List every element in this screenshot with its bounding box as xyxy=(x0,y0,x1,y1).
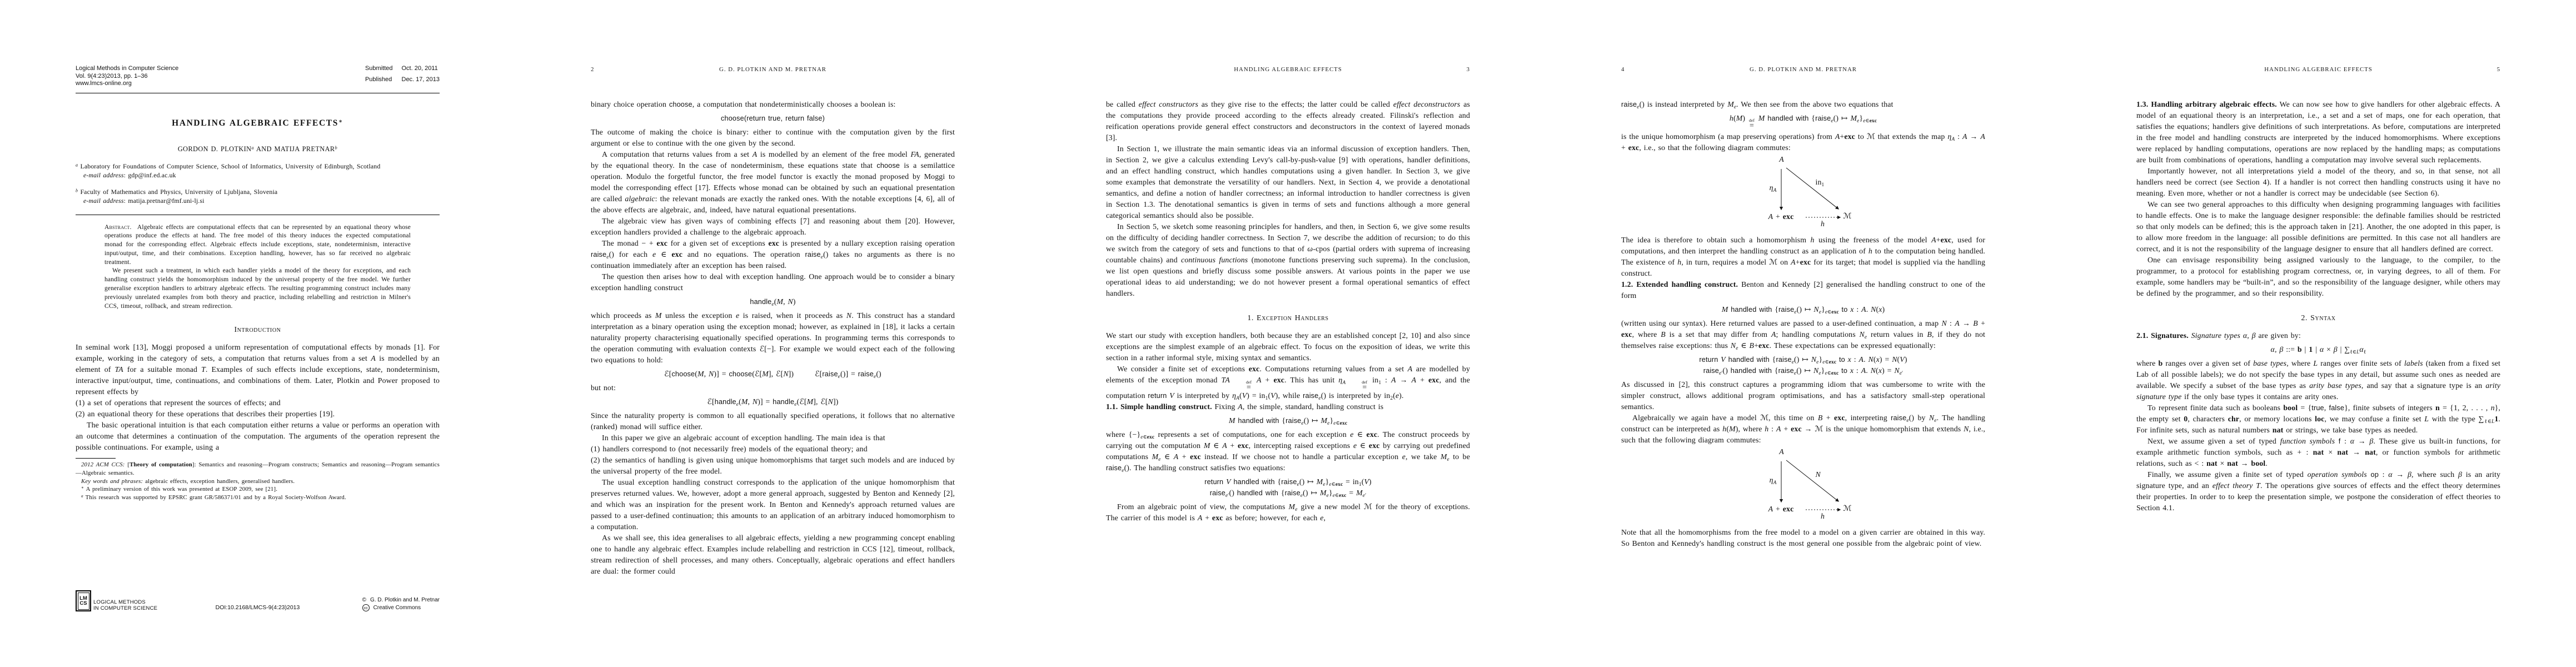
running-title: G. D. PLOTKIN AND M. PRETNAR xyxy=(591,66,955,73)
diagram-node-top: A xyxy=(1777,447,1787,456)
enumerated-list: (1) handlers correspond to (not necessar… xyxy=(591,444,955,477)
paragraph: 1.3. Handling arbitrary algebraic effect… xyxy=(2136,99,2500,166)
display-equation: ℰ[choose(M, N)] = choose(ℰ[M], ℰ[N])ℰ[ra… xyxy=(591,369,955,380)
section-heading: Introduction xyxy=(76,324,440,335)
paragraph: Note that all the homomorphisms from the… xyxy=(1621,527,1985,549)
paragraph: 2.1. Signatures. Signature types α, β ar… xyxy=(2136,330,2500,341)
paragraph: binary choice operation choose, a comput… xyxy=(591,99,955,110)
paragraph: be called effect constructors as they gi… xyxy=(1106,99,1470,143)
paragraph: (written using our syntax). Here returne… xyxy=(1621,318,1985,351)
paragraph: From an algebraic point of view, the com… xyxy=(1106,501,1470,524)
abstract-text: Algebraic effects are computational effe… xyxy=(104,224,411,266)
paragraph: Finally, we assume given a finite set of… xyxy=(2136,469,2500,514)
page-1: LMCSLOGICAL METHODSIN COMPUTER SCIENCEDO… xyxy=(0,0,515,667)
abstract-paragraph: We present such a treatment, in which ea… xyxy=(104,267,411,311)
copyright-line: ©G. D. Plotkin and M. Pretnar xyxy=(362,596,440,604)
paragraph: The question then arises how to deal wit… xyxy=(591,271,955,293)
list-item: (1) a set of operations that represent t… xyxy=(76,397,440,409)
display-equation: h(M) def= M handled with {raisee() ↦ Me}… xyxy=(1621,113,1985,128)
paragraph: We can see two general approaches to thi… xyxy=(2136,199,2500,255)
running-head: 4G. D. PLOTKIN AND M. PRETNAR xyxy=(1621,66,1985,75)
display-equation: return V handled with {raisee() ↦ Me}e∈e… xyxy=(1106,476,1470,499)
paper-title: HANDLING ALGEBRAIC EFFECTS∗ xyxy=(76,118,440,129)
running-title: HANDLING ALGEBRAIC EFFECTS xyxy=(2136,66,2500,73)
list-item: (1) handlers correspond to (not necessar… xyxy=(591,444,955,455)
equation-line: return V handled with {raisee() ↦ Ne}e∈e… xyxy=(1621,354,1985,365)
affiliation: a Laboratory for Foundations of Computer… xyxy=(76,162,440,180)
footnote: 2012 ACM CCS: [Theory of computation]: S… xyxy=(76,461,440,477)
display-equation: α, β ::= b | 1 | α × β | ∑ℓ∈Lαℓ xyxy=(2136,344,2500,355)
diagram-label-diagonal: in1 xyxy=(1816,178,1825,187)
paragraph: The outcome of making the choice is bina… xyxy=(591,127,955,149)
abstract-label: Abstract. xyxy=(104,224,132,231)
diagram-node-top: A xyxy=(1777,155,1787,164)
text-column: 1.3. Handling arbitrary algebraic effect… xyxy=(2136,99,2500,514)
affiliation-line: a Laboratory for Foundations of Computer… xyxy=(83,162,440,171)
list-item: (2) an equational theory for these opera… xyxy=(76,409,440,420)
equation-line: M handled with {raisee() ↦ Ne}e∈exc to x… xyxy=(1621,304,1985,315)
paragraph: As discussed in [2], this construct capt… xyxy=(1621,379,1985,412)
display-equation: choose(return true, return false) xyxy=(591,113,955,124)
affiliation: b Faculty of Mathematics and Physics, Un… xyxy=(76,188,440,206)
paragraph: is the unique homomorphism (a map preser… xyxy=(1621,131,1985,153)
paragraph: raisee() is instead interpreted by Me. W… xyxy=(1621,99,1985,110)
paragraph: where b ranges over a given set of base … xyxy=(2136,358,2500,402)
paragraph: The idea is therefore to obtain such a h… xyxy=(1621,235,1985,279)
rights-block: ©G. D. Plotkin and M. PretnarccCreative … xyxy=(362,596,440,611)
diagram-node-bottom-right: ℳ xyxy=(1843,504,1852,513)
section-heading: 1. Exception Handlers xyxy=(1106,312,1470,323)
footnote: Key words and phrases: algebraic effects… xyxy=(76,477,440,486)
journal-info-line: Vol. 9(4:23)2013, pp. 1–36 xyxy=(76,73,178,81)
equation-line: handlee(M, N) xyxy=(591,296,955,307)
text-column: Logical Methods in Computer ScienceVol. … xyxy=(76,65,440,501)
diagram-label-eta: ηA xyxy=(1751,183,1777,192)
abstract-paragraph: Abstract. Algebraic effects are computat… xyxy=(104,223,411,267)
paragraph: We consider a finite set of exceptions e… xyxy=(1106,364,1470,401)
paragraph: In seminal work [13], Moggi proposed a u… xyxy=(76,342,440,397)
footnote-rule xyxy=(76,458,116,459)
diagram-arrows xyxy=(1731,157,1876,233)
display-equation: ℰ[handlee(M, N)] = handlee(ℰ[M], ℰ[N]) xyxy=(591,396,955,407)
submitted-date: Oct. 20, 2011 xyxy=(402,65,440,76)
commutative-diagram: AηAin1A + exchℳ xyxy=(1731,157,1876,233)
horizontal-rule xyxy=(76,93,440,93)
document-canvas: LMCSLOGICAL METHODSIN COMPUTER SCIENCEDO… xyxy=(0,0,2576,667)
running-title: G. D. PLOTKIN AND M. PRETNAR xyxy=(1621,66,1985,73)
paragraph: In this paper we give an algebraic accou… xyxy=(591,432,955,444)
running-head: HANDLING ALGEBRAIC EFFECTS3 xyxy=(1106,66,1470,75)
display-equation: return V handled with {raisee() ↦ Ne}e∈e… xyxy=(1621,354,1985,376)
copyright-text: G. D. Plotkin and M. Pretnar xyxy=(370,596,440,604)
email-line: e-mail address: matija.pretnar@fmf.uni-l… xyxy=(83,197,440,206)
display-equation: M handled with {raisee() ↦ Ne}e∈exc to x… xyxy=(1621,304,1985,315)
text-column: binary choice operation choose, a comput… xyxy=(591,99,955,577)
email-line: e-mail address: gdp@inf.ed.ac.uk xyxy=(83,171,440,180)
diagram-label-diagonal: N xyxy=(1816,470,1821,479)
paragraph: We start our study with exception handle… xyxy=(1106,330,1470,364)
equation-line: return V handled with {raisee() ↦ Me}e∈e… xyxy=(1106,476,1470,487)
journal-info-line: Logical Methods in Computer Science xyxy=(76,65,178,73)
paragraph: To represent finite data such as boolean… xyxy=(2136,402,2500,436)
cc-license-line: ccCreative Commons xyxy=(362,604,440,612)
page-number: 3 xyxy=(1467,66,1470,73)
paragraph: One can envisage responsibility being as… xyxy=(2136,255,2500,299)
paragraph: 1.2. Extended handling construct. Benton… xyxy=(1621,279,1985,301)
commutative-diagram: AηANA + exchℳ xyxy=(1731,449,1876,526)
published-date: Dec. 17, 2013 xyxy=(402,76,440,87)
paragraph: In Section 5, we sketch some reasoning p… xyxy=(1106,221,1470,299)
diagram-label-h: h xyxy=(1806,220,1840,228)
text-column: be called effect constructors as they gi… xyxy=(1106,99,1470,524)
page-5: HANDLING ALGEBRAIC EFFECTS51.3. Handling… xyxy=(2061,0,2576,667)
page-3: HANDLING ALGEBRAIC EFFECTS3be called eff… xyxy=(1030,0,1546,667)
equation-line: ℰ[handlee(M, N)] = handlee(ℰ[M], ℰ[N]) xyxy=(591,396,955,407)
abstract: Abstract. Algebraic effects are computat… xyxy=(104,223,411,311)
journal-footer: LMCSLOGICAL METHODSIN COMPUTER SCIENCEDO… xyxy=(76,581,440,611)
diagonal-arrow xyxy=(1786,460,1838,501)
paragraph: The basic operational intuition is that … xyxy=(76,420,440,453)
display-equation: handlee(M, N) xyxy=(591,296,955,307)
equation-line: h(M) def= M handled with {raisee() ↦ Me}… xyxy=(1621,113,1985,128)
footnote: ∗ A preliminary version of this work was… xyxy=(76,485,440,494)
submission-dates: SubmittedOct. 20, 2011PublishedDec. 17, … xyxy=(365,65,440,88)
authors-line: GORDON D. PLOTKINa AND MATIJA PRETNARb xyxy=(76,143,440,155)
footnote-block: 2012 ACM CCS: [Theory of computation]: S… xyxy=(76,458,440,501)
paragraph: Since the naturality property is common … xyxy=(591,410,955,432)
journal-masthead: Logical Methods in Computer ScienceVol. … xyxy=(76,65,440,88)
equation-line: raisee′() handled with {raisee() ↦ Ne}e∈… xyxy=(1621,365,1985,376)
text-column: raisee() is instead interpreted by Me. W… xyxy=(1621,99,1985,549)
diagram-node-bottom-right: ℳ xyxy=(1843,212,1852,221)
equation-line: raisee′() handled with {raisee() ↦ Me}e∈… xyxy=(1106,487,1470,499)
page-2: 2G. D. PLOTKIN AND M. PRETNARbinary choi… xyxy=(515,0,1030,667)
paragraph: Importantly however, not all interpretat… xyxy=(2136,166,2500,199)
page-number: 5 xyxy=(2497,66,2500,73)
paragraph: Algebraically we again have a model ℳ, t… xyxy=(1621,412,1985,446)
paragraph: The monad − + exc for a given set of exc… xyxy=(591,238,955,271)
equation-line: choose(return true, return false) xyxy=(591,113,955,124)
diagram-label-eta: ηA xyxy=(1751,476,1777,485)
creative-commons-icon: cc xyxy=(362,604,370,611)
diagram-label-h: h xyxy=(1806,512,1840,521)
paragraph: In Section 1, we illustrate the main sem… xyxy=(1106,143,1470,221)
copyright-icon: © xyxy=(362,596,366,604)
affiliation-line: b Faculty of Mathematics and Physics, Un… xyxy=(83,188,440,197)
list-item: (2) the semantics of handling is given u… xyxy=(591,455,955,477)
paragraph: Next, we assume given a set of typed fun… xyxy=(2136,436,2500,469)
paragraph: The usual exception handling construct c… xyxy=(591,477,955,532)
running-title: HANDLING ALGEBRAIC EFFECTS xyxy=(1106,66,1470,73)
paragraph: The algebraic view has given ways of com… xyxy=(591,216,955,238)
horizontal-rule xyxy=(76,215,440,215)
diagonal-arrow xyxy=(1786,168,1838,209)
display-equation: M handled with {raisee() ↦ Me}e∈exc xyxy=(1106,415,1470,426)
submitted-label: Submitted xyxy=(365,65,393,76)
equation-line: α, β ::= b | 1 | α × β | ∑ℓ∈Lαℓ xyxy=(2136,344,2500,355)
journal-info: Logical Methods in Computer ScienceVol. … xyxy=(76,65,178,88)
running-head: 2G. D. PLOTKIN AND M. PRETNAR xyxy=(591,66,955,75)
running-head: HANDLING ALGEBRAIC EFFECTS5 xyxy=(2136,66,2500,75)
page-4: 4G. D. PLOTKIN AND M. PRETNARraisee() is… xyxy=(1546,0,2061,667)
license-text: Creative Commons xyxy=(373,604,421,612)
paragraph: where {−}e∈exc represents a set of compu… xyxy=(1106,429,1470,474)
journal-info-line: www.lmcs-online.org xyxy=(76,80,178,88)
published-label: Published xyxy=(365,76,393,87)
diagram-arrows xyxy=(1731,449,1876,526)
equation-line: M handled with {raisee() ↦ Me}e∈exc xyxy=(1106,415,1470,426)
paragraph: which proceeds as M unless the exception… xyxy=(591,310,955,366)
footnote: a This research was supported by EPSRC g… xyxy=(76,494,440,502)
enumerated-list: (1) a set of operations that represent t… xyxy=(76,397,440,420)
paragraph: but not: xyxy=(591,382,955,394)
paragraph: As we shall see, this idea generalises t… xyxy=(591,532,955,577)
equation-line: ℰ[choose(M, N)] = choose(ℰ[M], ℰ[N])ℰ[ra… xyxy=(591,369,955,380)
section-heading: 2. Syntax xyxy=(2136,312,2500,323)
paragraph: 1.1. Simple handling construct. Fixing A… xyxy=(1106,401,1470,412)
paragraph: A computation that returns values from a… xyxy=(591,149,955,216)
